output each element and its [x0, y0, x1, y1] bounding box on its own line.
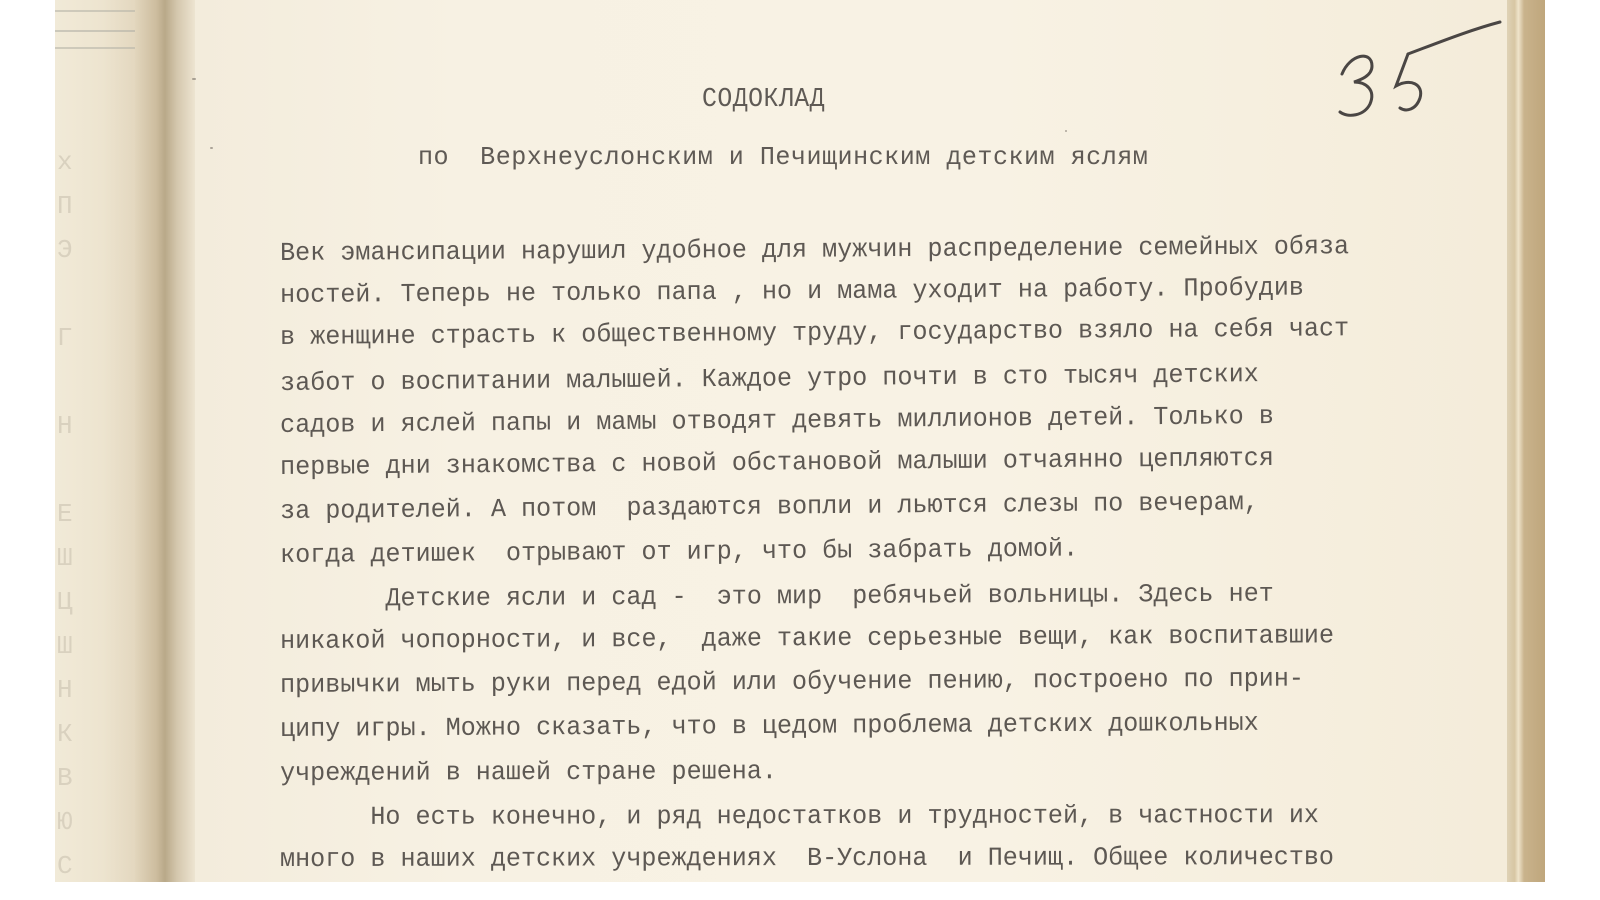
body-line: забот о воспитании малышей. Каждое утро … — [280, 359, 1259, 398]
body-line: Детские ясли и сад - это мир ребячьей во… — [280, 579, 1274, 614]
body-line: садов и яслей папы и мамы отводят девять… — [280, 401, 1274, 440]
body-line: когда детишек отрывают от игр, что бы за… — [280, 534, 1078, 570]
scanned-document: х П Э Г Н Е Ш Ц Ш Н К В Ю С 35 СОДОКЛАД … — [55, 0, 1545, 882]
document-body: Век эмансипации нарушил удобное для мужч… — [280, 0, 1545, 882]
body-line: за родителей. А потом раздаются вопли и … — [280, 487, 1259, 526]
paper-speck — [210, 147, 213, 149]
left-page-binding-line — [55, 30, 135, 32]
body-line: ностей. Теперь не только папа , но и мам… — [280, 273, 1304, 310]
body-line: первые дни знакомства с новой обстановой… — [280, 443, 1274, 482]
body-line: Век эмансипации нарушил удобное для мужч… — [280, 231, 1349, 268]
left-page-edge: х П Э Г Н Е Ш Ц Ш Н К В Ю С — [55, 0, 135, 882]
body-line: привычки мыть руки перед едой или обучен… — [280, 664, 1304, 700]
body-line: в женщине страсть к общественному труду,… — [280, 313, 1349, 352]
left-page-ghost-text: х П Э Г Н Е Ш Ц Ш Н К В Ю С — [57, 140, 87, 882]
body-line: Но есть конечно, и ряд недостатков и тру… — [280, 800, 1319, 832]
body-line: учреждений в нашей стране решена. — [280, 756, 777, 788]
page-gutter-shadow — [135, 0, 195, 882]
body-line: ципу игры. Можно сказать, что в цедом пр… — [280, 708, 1259, 744]
folder-card-edge — [1507, 0, 1545, 882]
document-page: 35 СОДОКЛАД по Верхнеуслонским и Печищин… — [195, 0, 1507, 882]
paper-speck — [192, 78, 196, 80]
body-line: много в наших детских учреждениях В-Усло… — [280, 842, 1334, 874]
body-line: никакой чопорности, и все, даже такие се… — [280, 620, 1334, 656]
